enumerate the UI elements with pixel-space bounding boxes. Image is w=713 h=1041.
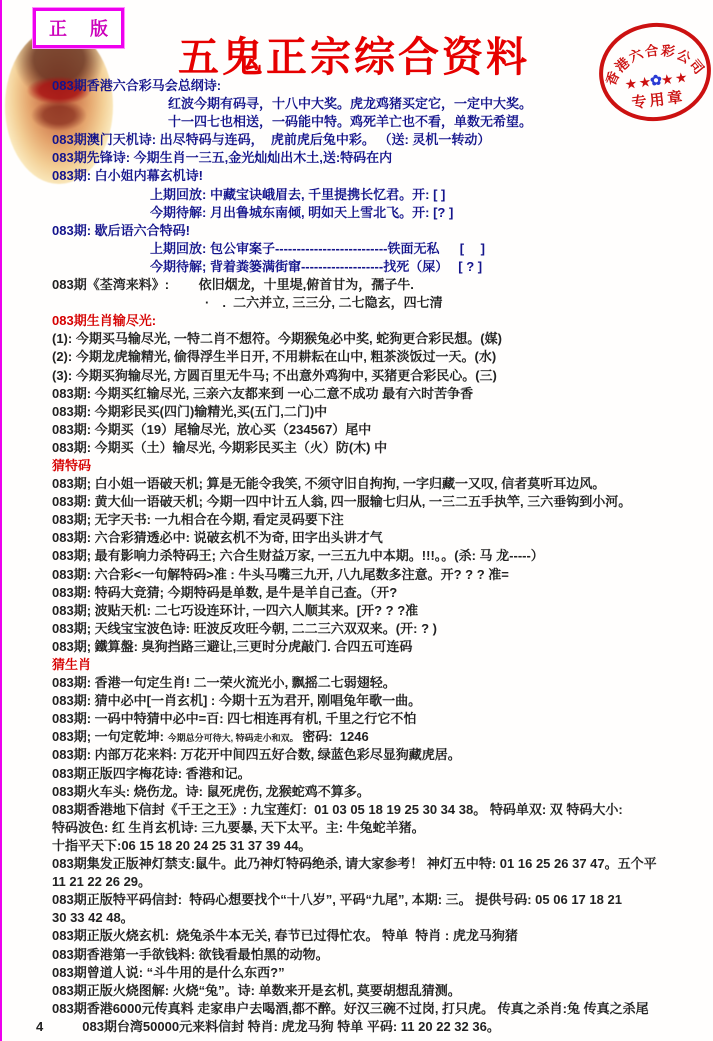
- text-line: 083期火车头: 烧伤龙。诗: 鼠死虎伤, 龙猴蛇鸡不算多。: [0, 783, 713, 801]
- text-line: 11 21 22 26 29。: [0, 873, 713, 891]
- text-line: 今期待解; 背着粪篓满街窜-------------------找死（屎） [ …: [0, 258, 713, 276]
- text-line: 083期香港地下信封《千王之王》: 九宝莲灯: 01 03 05 18 19 2…: [0, 801, 713, 819]
- text-line: 083期: 六合彩<一句解特码>准 : 牛头马嘴三九开, 八九尾数多注意。开? …: [0, 566, 713, 584]
- text-line: 十指平天下:06 15 18 20 24 25 31 37 39 44。: [0, 837, 713, 855]
- text-line: 083期: 一码中特猜中必中=百: 四七相连再有机, 千里之行它不怕: [0, 710, 713, 728]
- page-title: 五鬼正宗综合资料: [178, 24, 530, 83]
- text-run: 083期; 一句定乾坤:: [52, 729, 168, 744]
- text-line: 083期: 猜中必中[一肖玄机] : 今期十五为君开, 刚唱兔年歌一曲。: [0, 692, 713, 710]
- text-line: 083期正版火烧图解: 火烧“兔”。诗: 单数来开是玄机, 莫要胡想乱猜测。: [0, 982, 713, 1000]
- text-line: 083期曾道人说: “斗牛用的是什么东西?”: [0, 964, 713, 982]
- text-line: 083期香港第一手欲钱料: 欲钱看最怕黑的动物。: [0, 946, 713, 964]
- text-line: 083期先锋诗: 今期生肖一三五,金光灿灿出木土,送:特码在内: [0, 149, 713, 167]
- text-line: 083期: 今期彩民买(四门)输精光,买(五门,二门)中: [0, 403, 713, 421]
- text-line: 083期; 无字天书: 一九相合在今期, 看定灵码要下注: [0, 511, 713, 529]
- text-line: (3): 今期买狗输尽光, 方圆百里无牛马; 不出意外鸡狗中, 买猪更合彩民心。…: [0, 367, 713, 385]
- text-line: 083期; 一句定乾坤: 今期总分可待大, 特码走小和双。 密码: 1246: [0, 728, 713, 746]
- text-line: 猜特码: [0, 457, 713, 475]
- text-line: 083期; 白小姐一语破天机; 算是无能令我笑, 不须守旧自拘拘, 一字归藏一又…: [0, 475, 713, 493]
- text-line: 083期生肖输尽光:: [0, 312, 713, 330]
- text-line: (1): 今期买马输尽光, 一特二肖不想符。今期猴兔必中奖, 蛇狗更合彩民想。(…: [0, 330, 713, 348]
- text-line: 特码波色: 红 生肖玄机诗: 三九要暴, 天下太平。主: 牛兔蛇羊猪。: [0, 819, 713, 837]
- stamp-seal-text: 专用章: [631, 88, 687, 112]
- text-line: 083期香港6000元传真料 走家串户去喝酒,都不醉。好汉三碗不过岗, 打只虎。…: [0, 1000, 713, 1018]
- text-line: 上期回放: 中藏宝诀峨眉去, 千里提携长忆君。开: [ ]: [0, 186, 713, 204]
- text-line: 083期; 鐵算盤: 臭狗挡路三避让,三更时分虎敲门. 合四五可连码: [0, 638, 713, 656]
- text-line: 083期: 白小姐内幕玄机诗!: [0, 167, 713, 185]
- text-line: 30 33 42 48。: [0, 909, 713, 927]
- text-line: 083期; 最有影响力杀特码王; 六合生财益万家, 一三五九中本期。!!!。。(…: [0, 547, 713, 565]
- text-line: 083期; 波贴天机: 二七巧设连环计, 一四六人顺其来。[开? ? ?准: [0, 602, 713, 620]
- text-line: 083期正版特平码信封: 特码心想要找个“十八岁”, 平码“九尾”, 本期: 三…: [0, 891, 713, 909]
- text-line: 083期: 香港一句定生肖! 二一荣火流光小, 飘摇二七弱翅轻。: [0, 674, 713, 692]
- text-line: 今期待解: 月出鲁城东南倾, 明如天上雪北飞。开: [? ]: [0, 204, 713, 222]
- text-line: 083期: 六合彩猜透必中: 说破玄机不为奇, 田字出头讲才气: [0, 529, 713, 547]
- text-line: 083期: 歇后语六合特码!: [0, 222, 713, 240]
- company-stamp: 香港六合彩公司 ★ ★✿★ ★ 专用章: [590, 11, 713, 133]
- text-run: 密码: 1246: [299, 729, 369, 744]
- text-line: · . 二六并立, 三三分, 二七隐玄，四七清: [0, 294, 713, 312]
- text-line: 083期: 今期买红输尽光, 三亲六友都来到 一心二意不成功 最有六时苦争香: [0, 385, 713, 403]
- text-line: 083期正版四字梅花诗: 香港和记。: [0, 765, 713, 783]
- text-line: 083期澳门天机诗: 出尽特码与连码， 虎前虎后兔中彩。 （送: 灵机一转动）: [0, 131, 713, 149]
- text-line: 083期: 今期买（土）输尽光, 今期彩民买主（火）防(木) 中: [0, 439, 713, 457]
- text-line: (2): 今期龙虎输精光, 偷得浮生半日开, 不用耕耘在山中, 粗茶淡饭过一天。…: [0, 348, 713, 366]
- text-line: 083期正版火烧玄机: 烧兔杀牛本无关, 春节已过得忙农。 特单 特肖 : 虎龙…: [0, 927, 713, 945]
- text-lines: 083期香港六合彩马会总纲诗:红波今期有码寻，十八中大奖。虎龙鸡猪买定它，一定中…: [0, 77, 713, 1036]
- text-line: 083期: 内部万花来料: 万花开中间四五好合数, 绿蓝色彩尽显狗藏虎居。: [0, 746, 713, 764]
- text-line: 猜生肖: [0, 656, 713, 674]
- text-line: 083期: 黄大仙一语破天机; 今期一四中计五人翁, 四一服输七归从, 一三二五…: [0, 493, 713, 511]
- text-line: 083期: 今期买（19）尾输尽光, 放心买（234567）尾中: [0, 421, 713, 439]
- text-line: 上期回放: 包公审案子--------------------------铁面无…: [0, 240, 713, 258]
- stamp-stars: ★ ★✿★ ★: [625, 68, 688, 91]
- text-run: 今期总分可待大, 特码走小和双。: [168, 733, 299, 743]
- text-line: 083期; 天线宝宝波色诗: 旺波反攻旺今朝, 二二三六双双来。(开: ? ): [0, 620, 713, 638]
- text-line: 083期集发正版神灯禁支:鼠牛。此乃神灯特码绝杀, 请大家参考！ 神灯五中特: …: [0, 855, 713, 873]
- authentic-badge: 正 版: [33, 8, 124, 48]
- text-line: 4 083期台湾50000元来料信封 特肖: 虎龙马狗 特单 平码: 11 20…: [0, 1018, 713, 1036]
- text-line: 083期《荃湾来料》: 依旧烟龙，十里堤,俯首甘为，孺子牛.: [0, 276, 713, 294]
- text-line: 083期: 特码大竞猜; 今期特码是单数, 是牛是羊自己查。（开?: [0, 584, 713, 602]
